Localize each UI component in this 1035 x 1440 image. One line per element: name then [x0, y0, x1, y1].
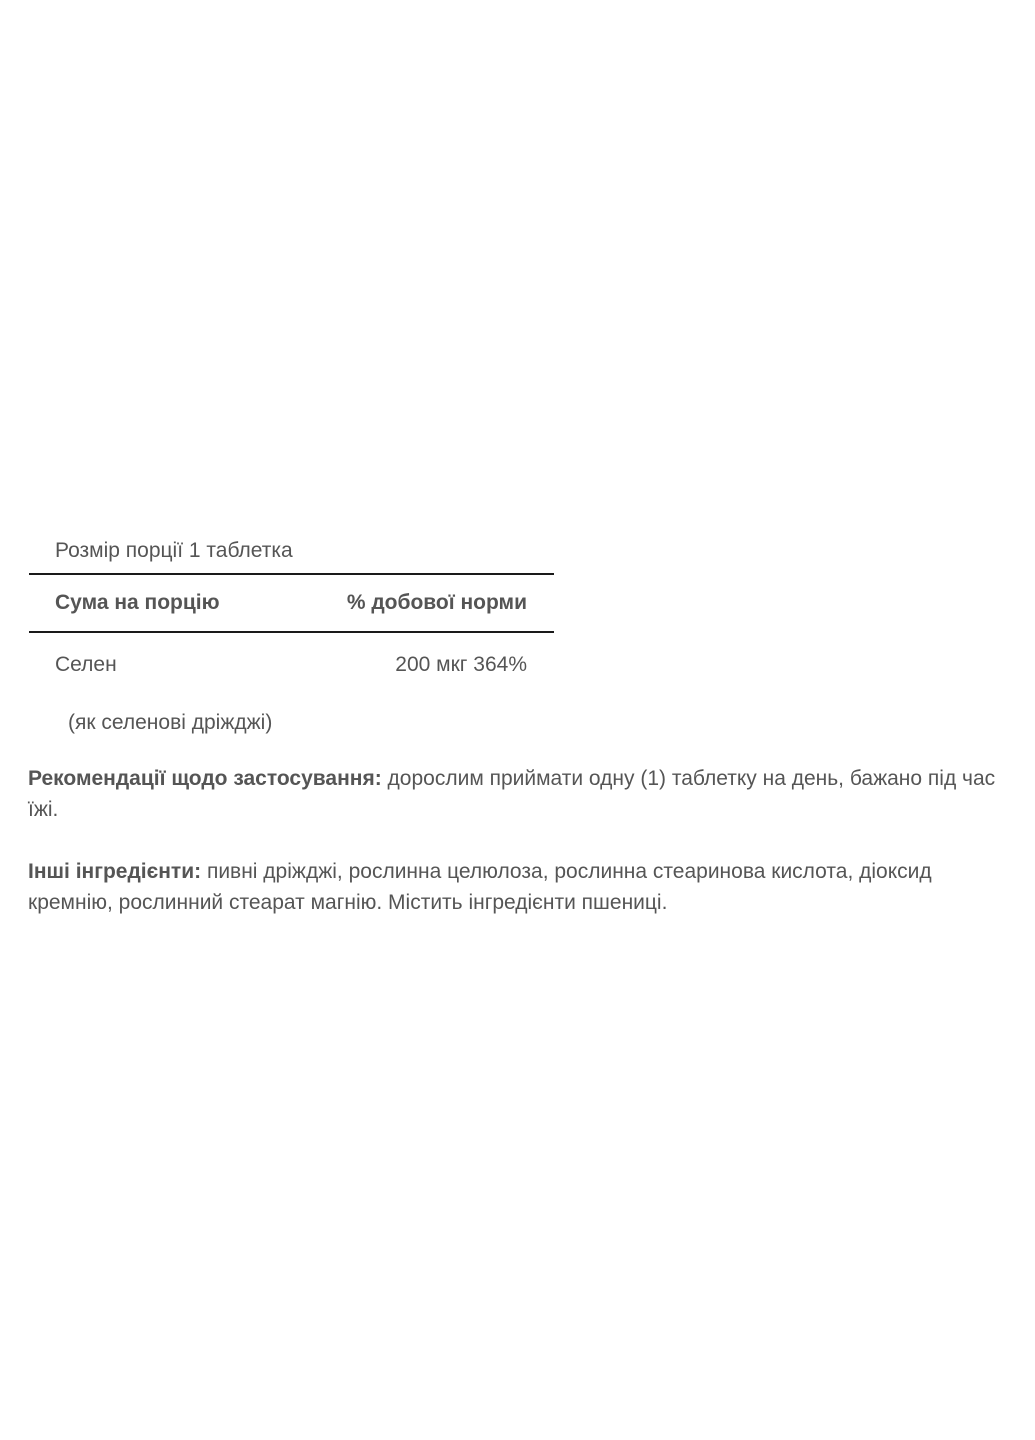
supplement-facts-table: Розмір порції 1 таблетка Сума на порцію …: [29, 533, 554, 743]
ingredients-paragraph: Інші інгредієнти: пивні дріжджі, рослинн…: [28, 856, 1003, 918]
nutrient-name: Селен: [55, 633, 117, 695]
serving-size: Розмір порції 1 таблетка: [29, 533, 554, 573]
table-row: Селен 200 мкг 364%: [29, 633, 554, 695]
table-header: Сума на порцію % добової норми: [29, 575, 554, 631]
usage-label: Рекомендації щодо застосування:: [28, 767, 382, 790]
amount-per-serving-heading: Сума на порцію: [55, 575, 220, 631]
usage-paragraph: Рекомендації щодо застосування: дорослим…: [28, 763, 1003, 825]
nutrient-amount-dv: 200 мкг 364%: [395, 633, 527, 695]
daily-value-heading: % добової норми: [347, 575, 527, 631]
nutrient-source: (як селенові дріжджі): [29, 703, 554, 743]
ingredients-label: Інші інгредієнти:: [28, 860, 201, 883]
